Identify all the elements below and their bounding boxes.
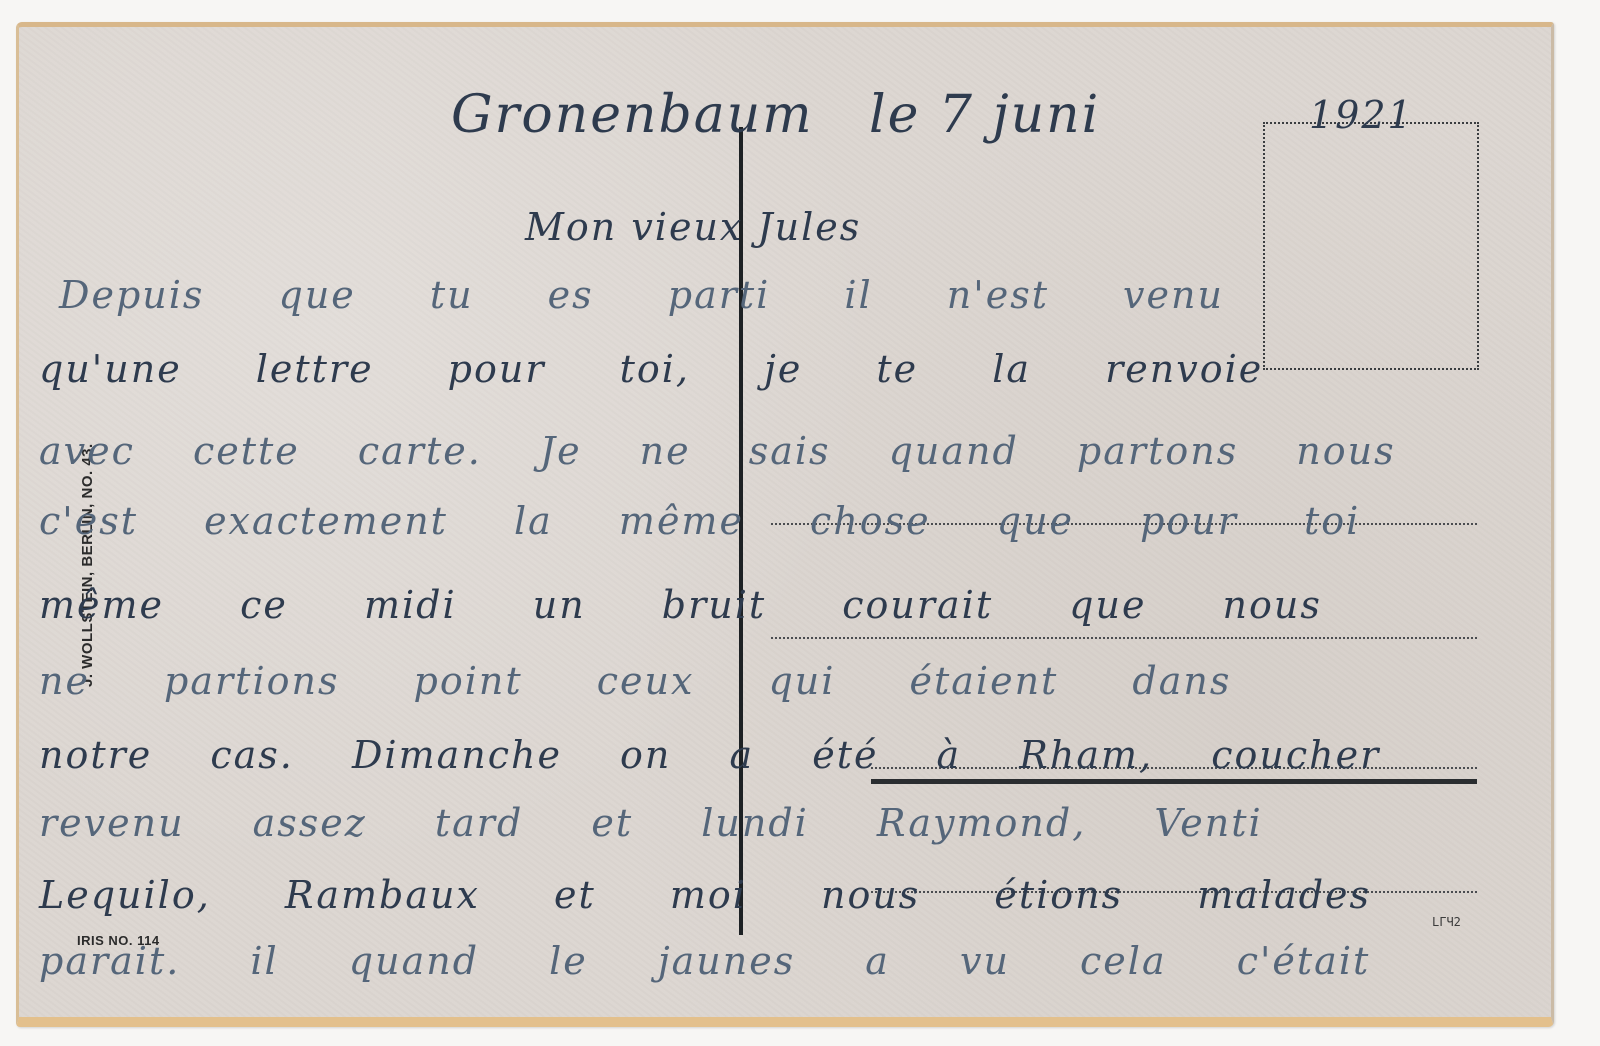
address-line-2 — [771, 637, 1477, 639]
letter-line-1: Depuis que tu es parti il n'est venu — [59, 273, 1224, 317]
address-strikethrough-line — [871, 779, 1477, 784]
dateline-place: Gronenbaum — [451, 85, 814, 145]
letter-line-4: c'est exactement la même chose que pour … — [39, 499, 1360, 543]
letter-line-7: notre cas. Dimanche on a été à Rham, cou… — [39, 733, 1380, 777]
letter-line-8: revenu assez tard et lundi Raymond, Vent… — [39, 801, 1263, 845]
salutation: Mon vieux Jules — [525, 205, 861, 249]
publisher-imprint: J. WOLLSTEIN, BERLIN, NO. 43. — [79, 443, 96, 687]
letter-line-3: avec cette carte. Je ne sais quand parto… — [39, 429, 1396, 473]
stamp-box — [1263, 122, 1479, 370]
dateline-date: le 7 juni — [869, 85, 1100, 145]
letter-line-2: qu'une lettre pour toi, je te la renvoie — [39, 347, 1263, 391]
letter-line-5: même ce midi un bruit courait que nous — [39, 583, 1322, 627]
postcard-back: J. WOLLSTEIN, BERLIN, NO. 43. IRIS NO. 1… — [16, 22, 1554, 1027]
letter-line-10: parait. il quand le jaunes a vu cela c'é… — [39, 939, 1370, 983]
letter-line-6: ne partions point ceux qui étaient dans — [39, 659, 1231, 703]
letter-line-9: Lequilo, Rambaux et moi nous étions mala… — [39, 873, 1371, 917]
corner-printer-mark: LГЧ2 — [1432, 915, 1461, 929]
dateline-year: 1921 — [1309, 93, 1414, 137]
